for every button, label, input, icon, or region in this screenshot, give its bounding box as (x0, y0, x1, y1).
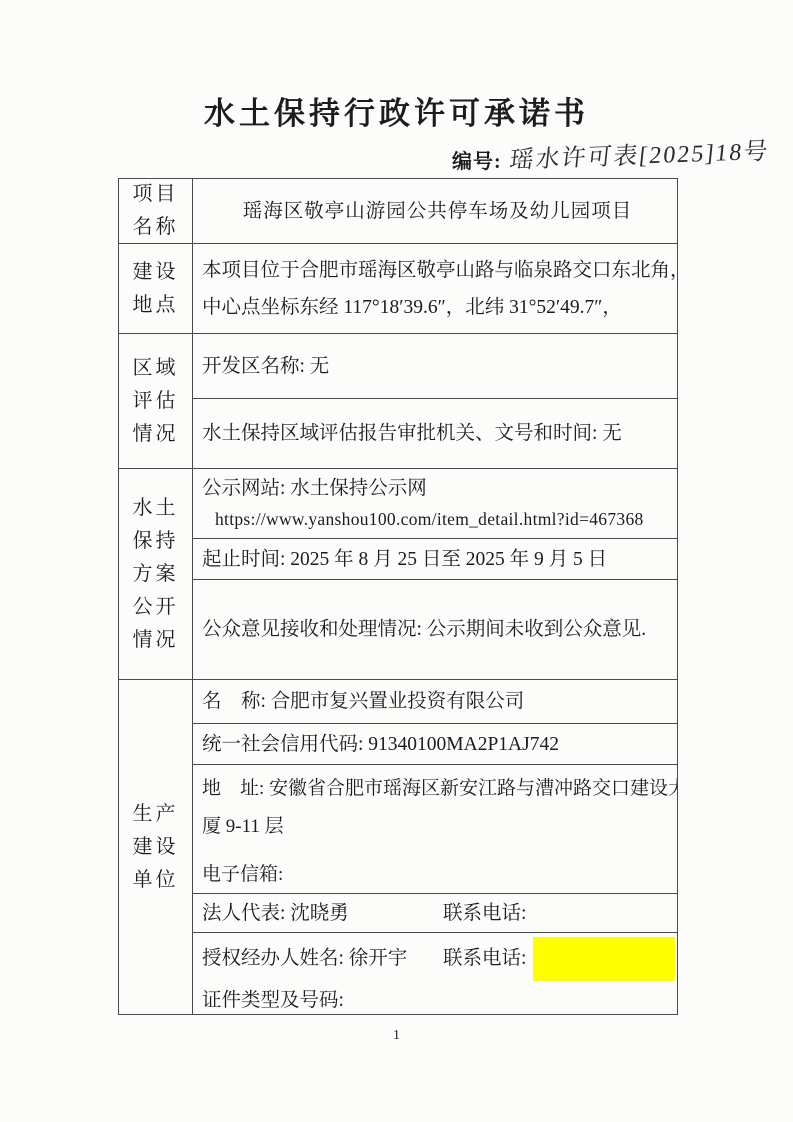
label-line: 保持 (133, 525, 179, 558)
table-row-project-name: 项目 名称 瑶海区敬亭山游园公共停车场及幼儿园项目 (119, 179, 677, 243)
cell-text: 中心点坐标东经 117°18′39.6″，北纬 31°52′49.7″， (202, 289, 673, 326)
label-line: 单位 (133, 864, 179, 897)
scanned-document-page: 水土保持行政许可承诺书 编号: 瑶水许可表[2025]18号 项目 名称 瑶海区… (0, 0, 793, 1122)
serial-number: 编号: 瑶水许可表[2025]18号 (452, 140, 768, 175)
label-line: 公开 (133, 591, 179, 624)
table-row-construction-unit: 生产 建设 单位 名 称: 合肥市复兴置业投资有限公司 统一社会信用代码: 91… (119, 679, 677, 1014)
table-row-regional-assessment: 区域 评估 情况 开发区名称: 无 水土保持区域评估报告审批机关、文号和时间: … (119, 333, 677, 468)
cell-text: 公众意见接收和处理情况: 公示期间未收到公众意见. (202, 614, 673, 645)
label-line: 建设 (133, 831, 179, 864)
row-label-construction-unit: 生产 建设 单位 (119, 680, 193, 1014)
cell-text: 瑶海区敬亭山游园公共停车场及幼儿园项目 (202, 196, 673, 227)
row-label-location: 建设 地点 (119, 244, 193, 333)
row-content: 名 称: 合肥市复兴置业投资有限公司 统一社会信用代码: 91340100MA2… (193, 680, 677, 1014)
cell-assessment-approval: 水土保持区域评估报告审批机关、文号和时间: 无 (193, 398, 677, 468)
row-content: 开发区名称: 无 水土保持区域评估报告审批机关、文号和时间: 无 (193, 334, 677, 468)
cell-legal-representative: 法人代表: 沈晓勇 联系电话: (193, 893, 677, 932)
cell-project-name: 瑶海区敬亭山游园公共停车场及幼儿园项目 (193, 179, 677, 243)
cell-publicity-period: 起止时间: 2025 年 8 月 25 日至 2025 年 9 月 5 日 (193, 538, 677, 579)
phone-label: 联系电话: (443, 898, 526, 929)
label-line: 区域 (133, 352, 179, 385)
cell-text: 法人代表: 沈晓勇 (202, 898, 673, 929)
table-row-location: 建设 地点 本项目位于合肥市瑶海区敬亭山路与临泉路交口东北角， 中心点坐标东经 … (119, 243, 677, 333)
cell-authorized-agent: 授权经办人姓名: 徐开宇 联系电话: 证件类型及号码: (193, 932, 677, 1014)
cell-text: 地 址: 安徽省合肥市瑶海区新安江路与漕冲路交口建设大 (202, 770, 673, 808)
cell-text: 名 称: 合肥市复兴置业投资有限公司 (202, 686, 673, 717)
label-line: 情况 (133, 418, 179, 451)
publicity-url: https://www.yanshou100.com/item_detail.h… (202, 504, 673, 535)
cell-text: 水土保持区域评估报告审批机关、文号和时间: 无 (202, 418, 673, 449)
cell-text: 起止时间: 2025 年 8 月 25 日至 2025 年 9 月 5 日 (202, 544, 673, 575)
label-line: 评估 (133, 385, 179, 418)
cell-publicity-website: 公示网站: 水土保持公示网 https://www.yanshou100.com… (193, 469, 677, 538)
label-line: 方案 (133, 558, 179, 591)
cell-credit-code: 统一社会信用代码: 91340100MA2P1AJ742 (193, 723, 677, 764)
cell-text: 公示网站: 水土保持公示网 (202, 473, 673, 504)
id-type-label: 证件类型及号码: (202, 985, 344, 1014)
cell-unit-name: 名 称: 合肥市复兴置业投资有限公司 (193, 680, 677, 723)
phone-label: 联系电话: (443, 943, 526, 974)
table-row-plan-publicity: 水土 保持 方案 公开 情况 公示网站: 水土保持公示网 https://www… (119, 468, 677, 679)
row-content: 瑶海区敬亭山游园公共停车场及幼儿园项目 (193, 179, 677, 243)
cell-text: 开发区名称: 无 (202, 351, 673, 382)
row-label-plan-publicity: 水土 保持 方案 公开 情况 (119, 469, 193, 679)
label-line: 生产 (133, 798, 179, 831)
email-label: 电子信箱: (202, 856, 673, 893)
label-line: 情况 (133, 624, 179, 657)
row-label-project-name: 项目 名称 (119, 179, 193, 243)
serial-number-label: 编号: (452, 151, 502, 173)
cell-location: 本项目位于合肥市瑶海区敬亭山路与临泉路交口东北角， 中心点坐标东经 117°18… (193, 244, 677, 333)
label-line: 项目 (133, 178, 179, 211)
label-line: 地点 (133, 289, 179, 322)
phone-redaction-highlight (533, 937, 675, 981)
cell-text: 统一社会信用代码: 91340100MA2P1AJ742 (202, 729, 673, 760)
label-line: 水土 (133, 492, 179, 525)
permit-info-table: 项目 名称 瑶海区敬亭山游园公共停车场及幼儿园项目 建设 地点 本项目位于合肥市… (118, 178, 678, 1015)
row-content: 本项目位于合肥市瑶海区敬亭山路与临泉路交口东北角， 中心点坐标东经 117°18… (193, 244, 677, 333)
label-line: 名称 (133, 211, 179, 244)
cell-text: 本项目位于合肥市瑶海区敬亭山路与临泉路交口东北角， (202, 252, 673, 289)
cell-development-zone: 开发区名称: 无 (193, 334, 677, 398)
cell-text: 授权经办人姓名: 徐开宇 (202, 943, 407, 974)
row-label-regional-assessment: 区域 评估 情况 (119, 334, 193, 468)
page-number: 1 (0, 1028, 793, 1044)
cell-address-email: 地 址: 安徽省合肥市瑶海区新安江路与漕冲路交口建设大 厦 9-11 层 电子信… (193, 764, 677, 893)
row-content: 公示网站: 水土保持公示网 https://www.yanshou100.com… (193, 469, 677, 679)
serial-number-handwritten: 瑶水许可表[2025]18号 (508, 131, 772, 175)
document-title: 水土保持行政许可承诺书 (0, 88, 793, 133)
label-line: 建设 (133, 256, 179, 289)
cell-public-opinion: 公众意见接收和处理情况: 公示期间未收到公众意见. (193, 579, 677, 679)
cell-text: 厦 9-11 层 (202, 808, 673, 846)
